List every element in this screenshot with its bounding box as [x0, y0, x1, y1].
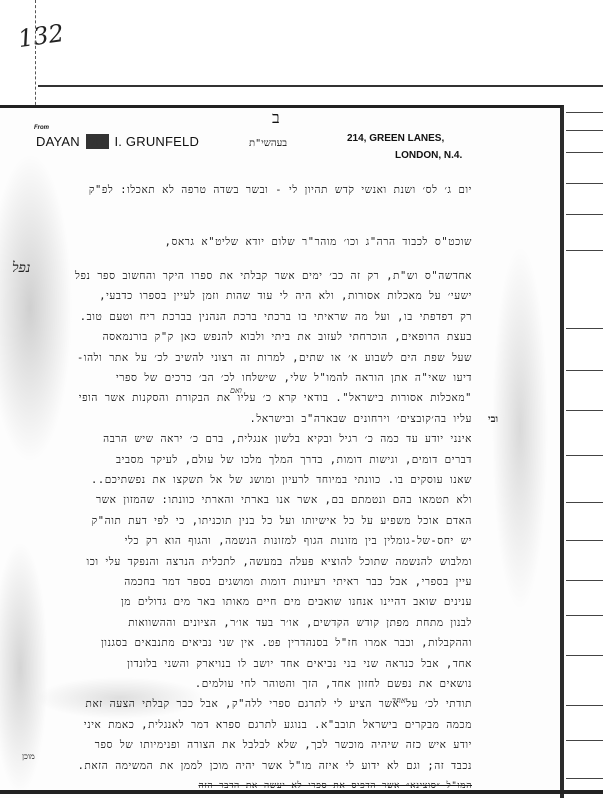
letter-line: שוכט"ס לכבוד הרה"ג וכו׳ מוהר"ר שלום יודא…: [165, 236, 472, 248]
edge-tick: [566, 112, 603, 113]
letter-line: יש יחס-של-גומלין בין מזונות הגוף למזונות…: [125, 535, 472, 547]
edge-tick: [566, 705, 603, 706]
edge-tick: [566, 615, 603, 616]
letter-line: המו"ל ״סוצינא״ אשר הדפיס את ספרי לא יעשה…: [198, 780, 472, 791]
letter-line: ולא תטמאו בהם ונטמתם בם, אשר אנו בארתי ו…: [96, 494, 472, 506]
letter-line: לבנון מתחת מפתן קודש הקדשים, או׳ר בעד או…: [128, 617, 472, 629]
margin-note-muchan: מוכן: [22, 752, 35, 761]
margin-note-uvi: ובי: [488, 414, 498, 425]
letter-line: ומלבוש להנשמה שתוכל להוציא פעלה במעשה, ל…: [86, 556, 472, 568]
margin-note-nefal: נפל: [12, 260, 30, 277]
letter-line: בעצת הרופאים, הוכרחתי לעזוב את ביתי ולבו…: [103, 331, 472, 343]
edge-tick: [566, 183, 603, 184]
edge-tick: [566, 540, 603, 541]
edge-tick: [566, 130, 603, 131]
letter-line: דברים דומים, וגישות דומות, בדרך המלך מלכ…: [116, 454, 472, 466]
edge-tick: [566, 655, 603, 656]
letter-line: נכבד זה; וגם לא ידוע לי איזה מו"ל אשר יה…: [78, 760, 472, 772]
edge-tick: [566, 370, 603, 371]
letter-body: יום ג׳ לס׳ ושנת ואנשי קֹדש תהיון לי - וב…: [0, 0, 560, 800]
letter-line: אינני יודע עד כמה כ׳ רגיל ובקיא בלשון אנ…: [103, 433, 472, 445]
letter-line: שעל שפת הים לשבוע א׳ או שתים, למרות זה ר…: [77, 352, 472, 364]
letter-line: וההקבלות, וכבר אמרו חז"ל בסנהדרין פט. אי…: [101, 637, 472, 649]
letter-line: רק דפדפתי בו, ועל מה שראיתי בו ברכתי ברכ…: [80, 311, 472, 323]
edge-tick: [566, 328, 603, 329]
edge-tick: [566, 152, 603, 153]
edge-tick: [566, 410, 603, 411]
edge-tick: [566, 740, 603, 741]
edge-ticks: [566, 110, 603, 800]
margin-note-echad: אחד: [392, 696, 406, 705]
edge-tick: [566, 778, 603, 779]
letter-line: ענינים שואב דהיינו אנחנו שואבים מים חיים…: [121, 596, 472, 608]
letter-line: מכמה מבקרים בישראל תובב"א. בנוגע לתרגם ס…: [84, 719, 472, 731]
letter-line: שאנו עוסקים בו. כוונתי במיוחד לרעיון ומו…: [91, 474, 472, 486]
margin-note-veim: ואם: [230, 386, 242, 395]
letter-line: תודתי לכ׳ על אשר הציע לי לתרגם ספרי ללה"…: [86, 698, 472, 710]
edge-tick: [566, 250, 603, 251]
letter-line: יודע איש כזה שיהיה מוכשר לכך, שלא לבלבל …: [95, 739, 472, 751]
letter-line: יום ג׳ לס׳ ושנת ואנשי קֹדש תהיון לי - וב…: [89, 184, 472, 196]
letter-line: ישעי׳ על מאכלות אסורות, ולא היה לי עוד ש…: [99, 290, 472, 302]
letter-line: עיין בספרי, אבל כבר ראיתי רעיונות דומות …: [124, 576, 472, 588]
letter-line: נושאים את נפשם לחזון אחד, הזך והטוהר לחי…: [195, 678, 472, 690]
edge-tick: [566, 455, 603, 456]
letter-line: אחדשה"ס וש"ת, רק זה כב׳ ימים אשר קבלתי א…: [75, 270, 472, 282]
edge-tick: [566, 214, 603, 215]
edge-tick: [566, 580, 603, 581]
edge-tick: [566, 502, 603, 503]
letter-line: אחד, אבל כנראה שני בני נביאים אחד יושב ל…: [127, 658, 472, 670]
letter-line: האדם אוכל משפיע על כל אישיותו ועל כל בני…: [92, 515, 472, 527]
letter-line: דיעו שאי"ה אתן הוראה להמו"ל שלי, שישלחו …: [116, 372, 472, 384]
letter-line: "מאכלות אסורות בישראל". בודאי קרא כ׳ עלי…: [79, 392, 472, 404]
letter-line: עליו בה׳קובצים׳ וירחונים שבארה"ב ובישראל…: [250, 413, 472, 425]
